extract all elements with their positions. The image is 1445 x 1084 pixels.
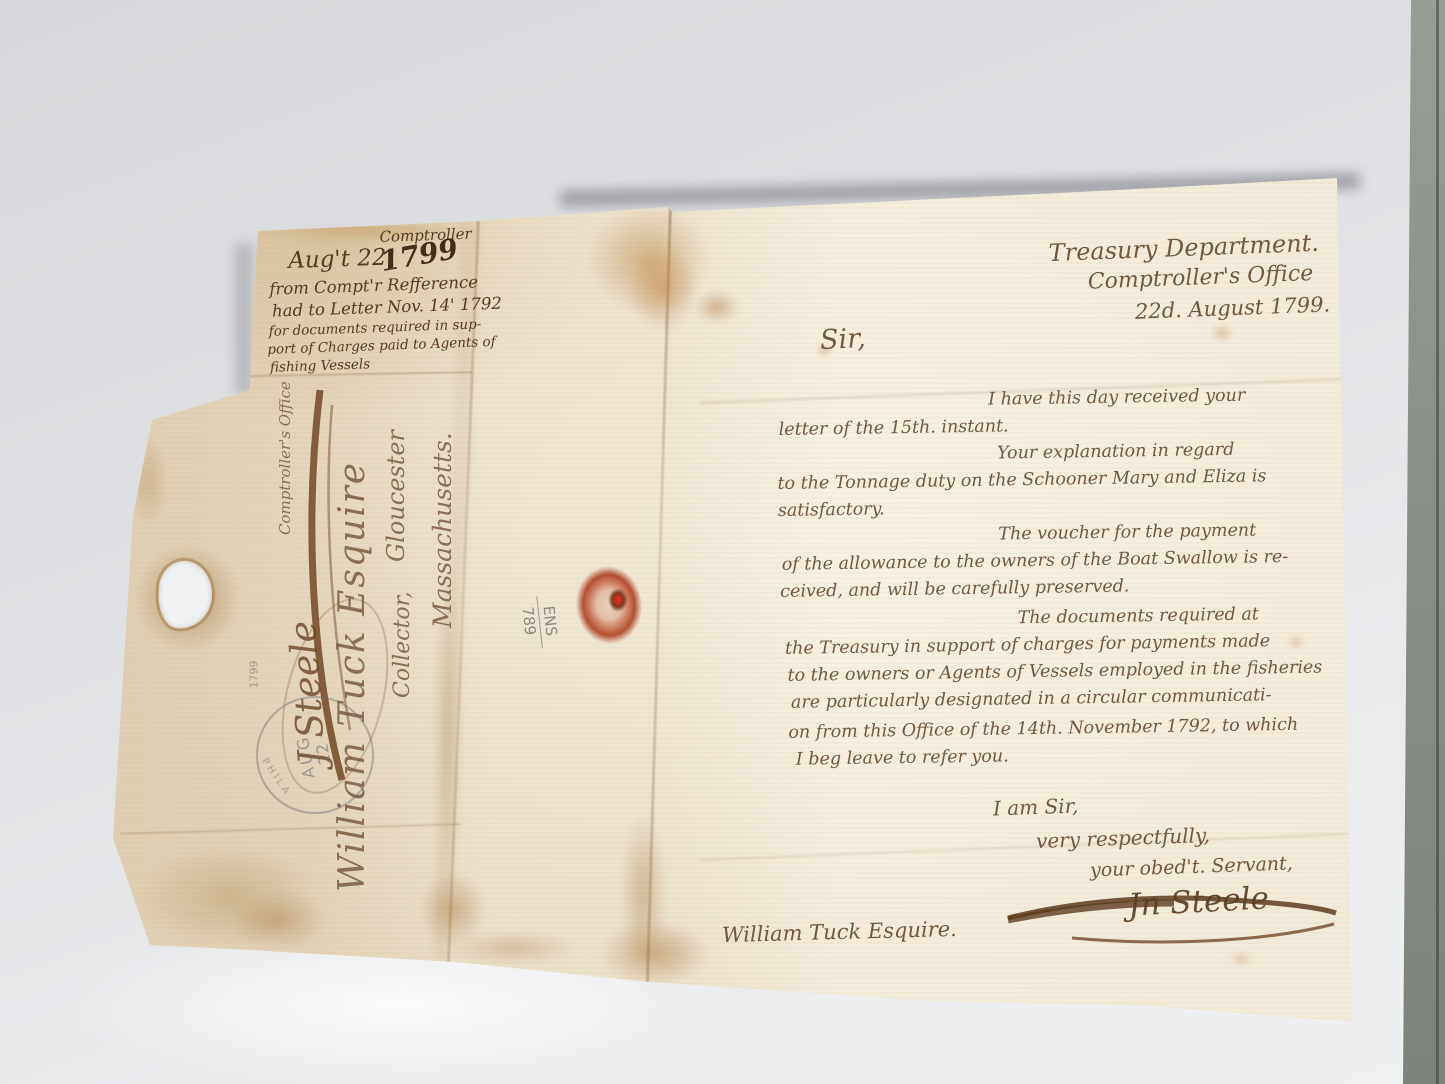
signature: Jn Steele	[1127, 880, 1270, 923]
body-line: are particularly designated in a circula…	[791, 685, 1272, 713]
address-state: Massachusetts.	[428, 432, 457, 628]
body-line: ceived, and will be carefully preserved.	[780, 576, 1130, 601]
heading-date: 22d. August 1799.	[1135, 292, 1331, 323]
postmark-stamp: AUG 22 PHILA	[256, 696, 374, 814]
water-stain	[694, 290, 740, 324]
body-line: of the allowance to the owners of the Bo…	[782, 547, 1289, 575]
postmark-day: 22	[313, 741, 334, 766]
paper-shadow-left	[236, 244, 252, 394]
fold-stain	[600, 920, 710, 986]
body-line: The documents required at	[1017, 604, 1259, 628]
postmark-text: AUG 22	[249, 689, 381, 821]
photo-of-letter: Treasury Department. Comptroller's Offic…	[0, 0, 1445, 1084]
fox-spot	[1230, 952, 1252, 966]
address-office-line: Comptroller's Office	[276, 381, 294, 535]
heading-line: Comptroller's Office	[1087, 261, 1313, 295]
letter-paper: Treasury Department. Comptroller's Offic…	[0, 0, 1445, 1084]
closing-line: very respectfully,	[1036, 823, 1211, 853]
body-line: Your explanation in regard	[997, 440, 1235, 464]
edge-stain	[128, 436, 168, 526]
body-line: The voucher for the payment	[998, 520, 1256, 544]
body-line: the Treasury in support of charges for p…	[785, 631, 1270, 659]
table-edge	[1403, 0, 1445, 1084]
body-line: I have this day received your	[988, 386, 1245, 410]
wax-seal-core	[608, 588, 628, 612]
address-title: Collector,	[390, 591, 415, 698]
body-line: to the Tonnage duty on the Schooner Mary…	[777, 466, 1266, 494]
docket-date: Aug't 22	[288, 245, 387, 274]
body-line: satisfactory.	[778, 499, 885, 521]
body-line: I beg leave to refer you.	[796, 746, 1009, 769]
docket-notes: Comptroller Aug't 22 1799 from Compt'r R…	[259, 224, 494, 392]
body-line: letter of the 15th. instant.	[779, 416, 1009, 440]
body-line: on from this Office of the 14th. Novembe…	[788, 715, 1298, 743]
letter-heading: Treasury Department. Comptroller's Offic…	[1020, 228, 1344, 340]
salutation: Sir,	[819, 323, 866, 356]
address-town: Gloucester	[382, 430, 410, 562]
docket-line: fishing Vessels	[270, 356, 371, 375]
postmark-year-note: 1799	[248, 661, 261, 689]
letter-body: I have this day received your letter of …	[776, 380, 1303, 808]
pencil-note: ENS 789	[481, 595, 559, 647]
closing-line: I am Sir,	[993, 794, 1079, 821]
addressee-line: William Tuck Esquire.	[722, 917, 957, 947]
water-stain	[628, 248, 698, 332]
body-line: to the owners or Agents of Vessels emplo…	[787, 657, 1322, 685]
